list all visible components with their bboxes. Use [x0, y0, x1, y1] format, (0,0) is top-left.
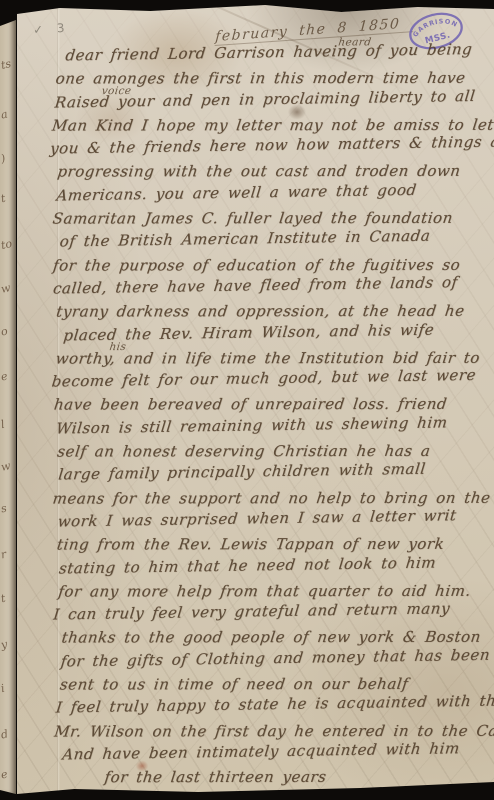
letter-line: become felt for our much good, but we la… — [51, 369, 490, 395]
letter-line: Wilson is still remaining with us shewin… — [53, 415, 490, 441]
edge-ink-fragment: s — [0, 502, 8, 516]
letter-line: you & the friends here now how matters &… — [49, 136, 488, 162]
letter-line: Raised your and pen in proclaiming liber… — [54, 89, 488, 115]
letter-line-text: stating to him that he need not look to … — [58, 553, 437, 577]
letter-line-text: ting from the Rev. Lewis Tappan of new y… — [56, 535, 445, 554]
interlinear-insertion: voice — [101, 85, 132, 97]
letter-line-text: for the last thirteen years — [104, 768, 328, 786]
edge-ink-fragment: ) — [0, 152, 7, 166]
edge-ink-fragment: y — [0, 637, 9, 651]
interlinear-insertion: heard — [338, 36, 373, 48]
interlinear-insertion: his — [109, 341, 127, 353]
edge-ink-fragment: t — [0, 592, 7, 606]
letter-line-text: Americans. you are well a ware that good — [56, 181, 418, 205]
edge-ink-fragment: a — [0, 107, 9, 121]
edge-ink-fragment: i — [0, 682, 6, 695]
letter-line: Americans. you are well a ware that good — [51, 182, 488, 208]
edge-ink-fragment: w — [0, 281, 12, 296]
letter-line: progressing with the out cast and troden… — [54, 159, 488, 185]
manuscript-photo-frame: tsa)ttowoelwsrtyide ✓ 3 february the 8 1… — [0, 0, 494, 800]
edge-ink-fragment: r — [0, 548, 8, 562]
letter-line-text: tyrany darkness and oppression, at the h… — [55, 302, 465, 321]
letter-line: And have been intimately acquainted with… — [55, 741, 492, 767]
edge-ink-fragment: t — [0, 192, 7, 206]
adjacent-page-edge: tsa)ttowoelwsrtyide — [0, 20, 16, 794]
edge-ink-fragment: o — [0, 324, 9, 338]
letter-line: of the British American Institute in Can… — [55, 229, 489, 255]
letter-line: for the gifts of Clothing and money that… — [58, 648, 492, 674]
letter-line-text: of the British American Institute in Can… — [59, 227, 431, 251]
letter-line-text: have been bereaved of unrepaired loss. f… — [53, 395, 448, 414]
letter-line: I can truly feel very grateful and retur… — [52, 602, 491, 628]
letter-line-text: Samaritan James C. fuller layed the foun… — [52, 209, 454, 228]
letter-line: work I was surprised when I saw a letter… — [57, 508, 491, 534]
letter-line-text: large family principally children with s… — [57, 460, 426, 484]
letter-line: for the last thirteen years — [55, 765, 492, 791]
edge-ink-fragment: l — [0, 418, 6, 431]
letter-line-text: self an honest deserving Christian he ha… — [56, 442, 431, 461]
letter-line-text: dear friend Lord Garrison haveing of you… — [65, 40, 474, 64]
edge-ink-fragment: e — [0, 369, 9, 383]
letter-line-text: means for the support and no help to bri… — [52, 488, 492, 507]
letter-line-text: thanks to the good people of new york & … — [61, 628, 482, 647]
edge-ink-fragment: to — [0, 237, 13, 252]
letter-line: dear friend Lord Garrison haveing of you… — [50, 42, 487, 68]
letter-page: ✓ 3 february the 8 1850 GARRISON MSS. de… — [17, 0, 494, 800]
edge-ink-fragment: ts — [0, 57, 12, 72]
letter-line-text: for any more help from that quarter to a… — [57, 582, 472, 601]
letter-line-text: Mr. Wilson on the first day he entered i… — [53, 721, 494, 740]
letter-line: stating to him that he need not look to … — [54, 555, 491, 581]
letter-body: dear friend Lord Garrison haveing of you… — [50, 42, 492, 791]
edge-ink-fragment: w — [0, 459, 12, 474]
edge-ink-fragment: e — [0, 767, 9, 781]
letter-line-text: Man Kind I hope my letter may not be ami… — [51, 116, 494, 135]
edge-ink-fragment: d — [0, 727, 9, 741]
letter-line-text: progressing with the out cast and troden… — [56, 162, 461, 181]
letter-line: called, there have have fleed from the l… — [52, 275, 489, 301]
letter-line-text: for the purpose of education of the fugi… — [52, 255, 461, 274]
letter-line: I feel truly happy to state he is acquai… — [55, 695, 492, 721]
letter-line-text: sent to us in time of need on our behalf — [59, 675, 410, 694]
pencil-note: ✓ 3 — [33, 21, 65, 37]
letter-line: large family principally children with s… — [53, 462, 490, 488]
